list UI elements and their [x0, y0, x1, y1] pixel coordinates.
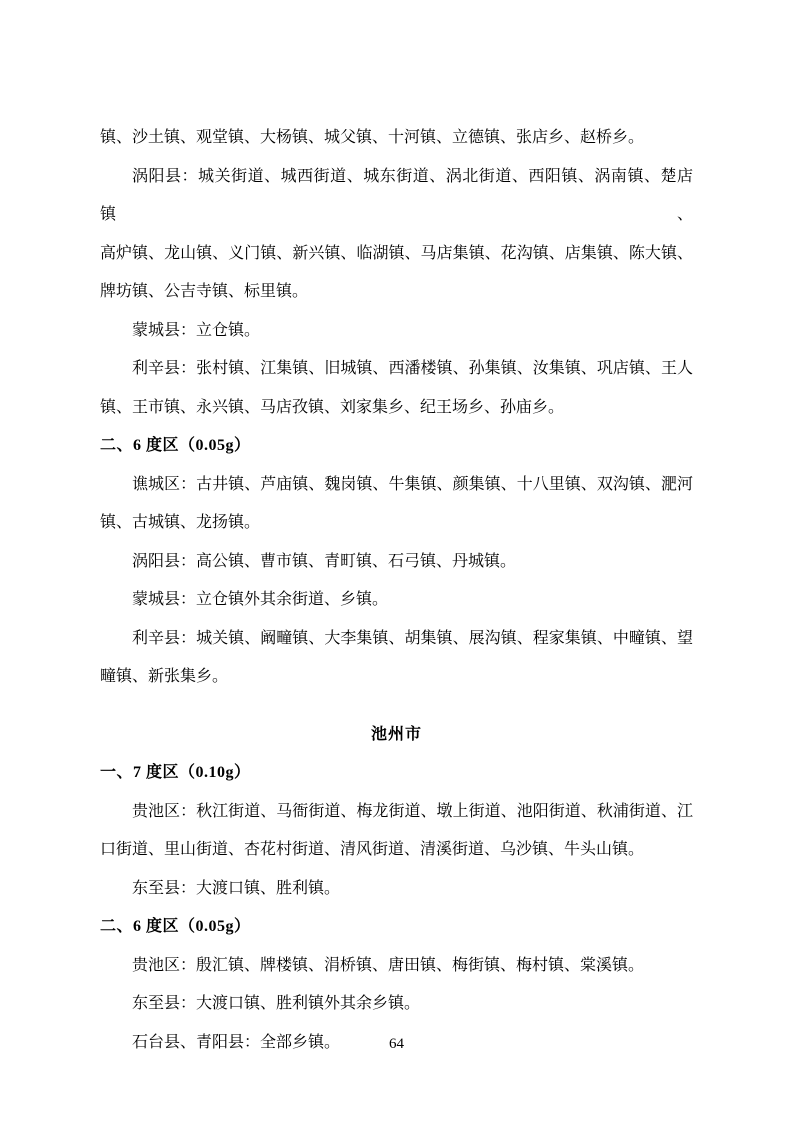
body-line: 贵池区：秋江街道、马衙街道、梅龙街道、墩上街道、池阳街道、秋浦街道、江 [100, 793, 693, 832]
body-line: 疃镇、新张集乡。 [100, 658, 693, 697]
body-line: 利辛县：张村镇、江集镇、旧城镇、西潘楼镇、孙集镇、汝集镇、巩店镇、王人 [100, 350, 693, 389]
section-heading: 二、6 度区（0.05g） [100, 427, 693, 466]
body-line: 牌坊镇、公吉寺镇、标里镇。 [100, 273, 693, 312]
section-heading: 一、7 度区（0.10g） [100, 754, 693, 793]
body-line: 镇、王市镇、永兴镇、马店孜镇、刘家集乡、纪王场乡、孙庙乡。 [100, 389, 693, 428]
document-page: 镇、沙土镇、观堂镇、大杨镇、城父镇、十河镇、立德镇、张店乡、赵桥乡。 涡阳县：城… [0, 0, 793, 1122]
page-body: 镇、沙土镇、观堂镇、大杨镇、城父镇、十河镇、立德镇、张店乡、赵桥乡。 涡阳县：城… [100, 119, 693, 1062]
body-line: 东至县：大渡口镇、胜利镇外其余乡镇。 [100, 985, 693, 1024]
body-line: 镇、古城镇、龙扬镇。 [100, 504, 693, 543]
body-line: 蒙城县：立仓镇。 [100, 312, 693, 351]
body-line: 利辛县：城关镇、阚疃镇、大李集镇、胡集镇、展沟镇、程家集镇、中疃镇、望 [100, 620, 693, 659]
city-heading: 池州市 [100, 716, 693, 755]
body-line: 蒙城县：立仓镇外其余街道、乡镇。 [100, 581, 693, 620]
body-line: 涡阳县：高公镇、曹市镇、青町镇、石弓镇、丹城镇。 [100, 543, 693, 582]
body-line: 谯城区：古井镇、芦庙镇、魏岗镇、牛集镇、颜集镇、十八里镇、双沟镇、淝河 [100, 466, 693, 505]
body-line: 涡阳县：城关街道、城西街道、城东街道、涡北街道、西阳镇、涡南镇、楚店镇、 [100, 158, 693, 235]
body-line: 贵池区：殷汇镇、牌楼镇、涓桥镇、唐田镇、梅街镇、梅村镇、棠溪镇。 [100, 947, 693, 986]
body-line: 镇、沙土镇、观堂镇、大杨镇、城父镇、十河镇、立德镇、张店乡、赵桥乡。 [100, 119, 693, 158]
body-line: 口街道、里山街道、杏花村街道、清风街道、清溪街道、乌沙镇、牛头山镇。 [100, 831, 693, 870]
body-line: 东至县：大渡口镇、胜利镇。 [100, 870, 693, 909]
body-line: 高炉镇、龙山镇、义门镇、新兴镇、临湖镇、马店集镇、花沟镇、店集镇、陈大镇、 [100, 235, 693, 274]
page-number: 64 [0, 1033, 793, 1055]
section-heading: 二、6 度区（0.05g） [100, 908, 693, 947]
